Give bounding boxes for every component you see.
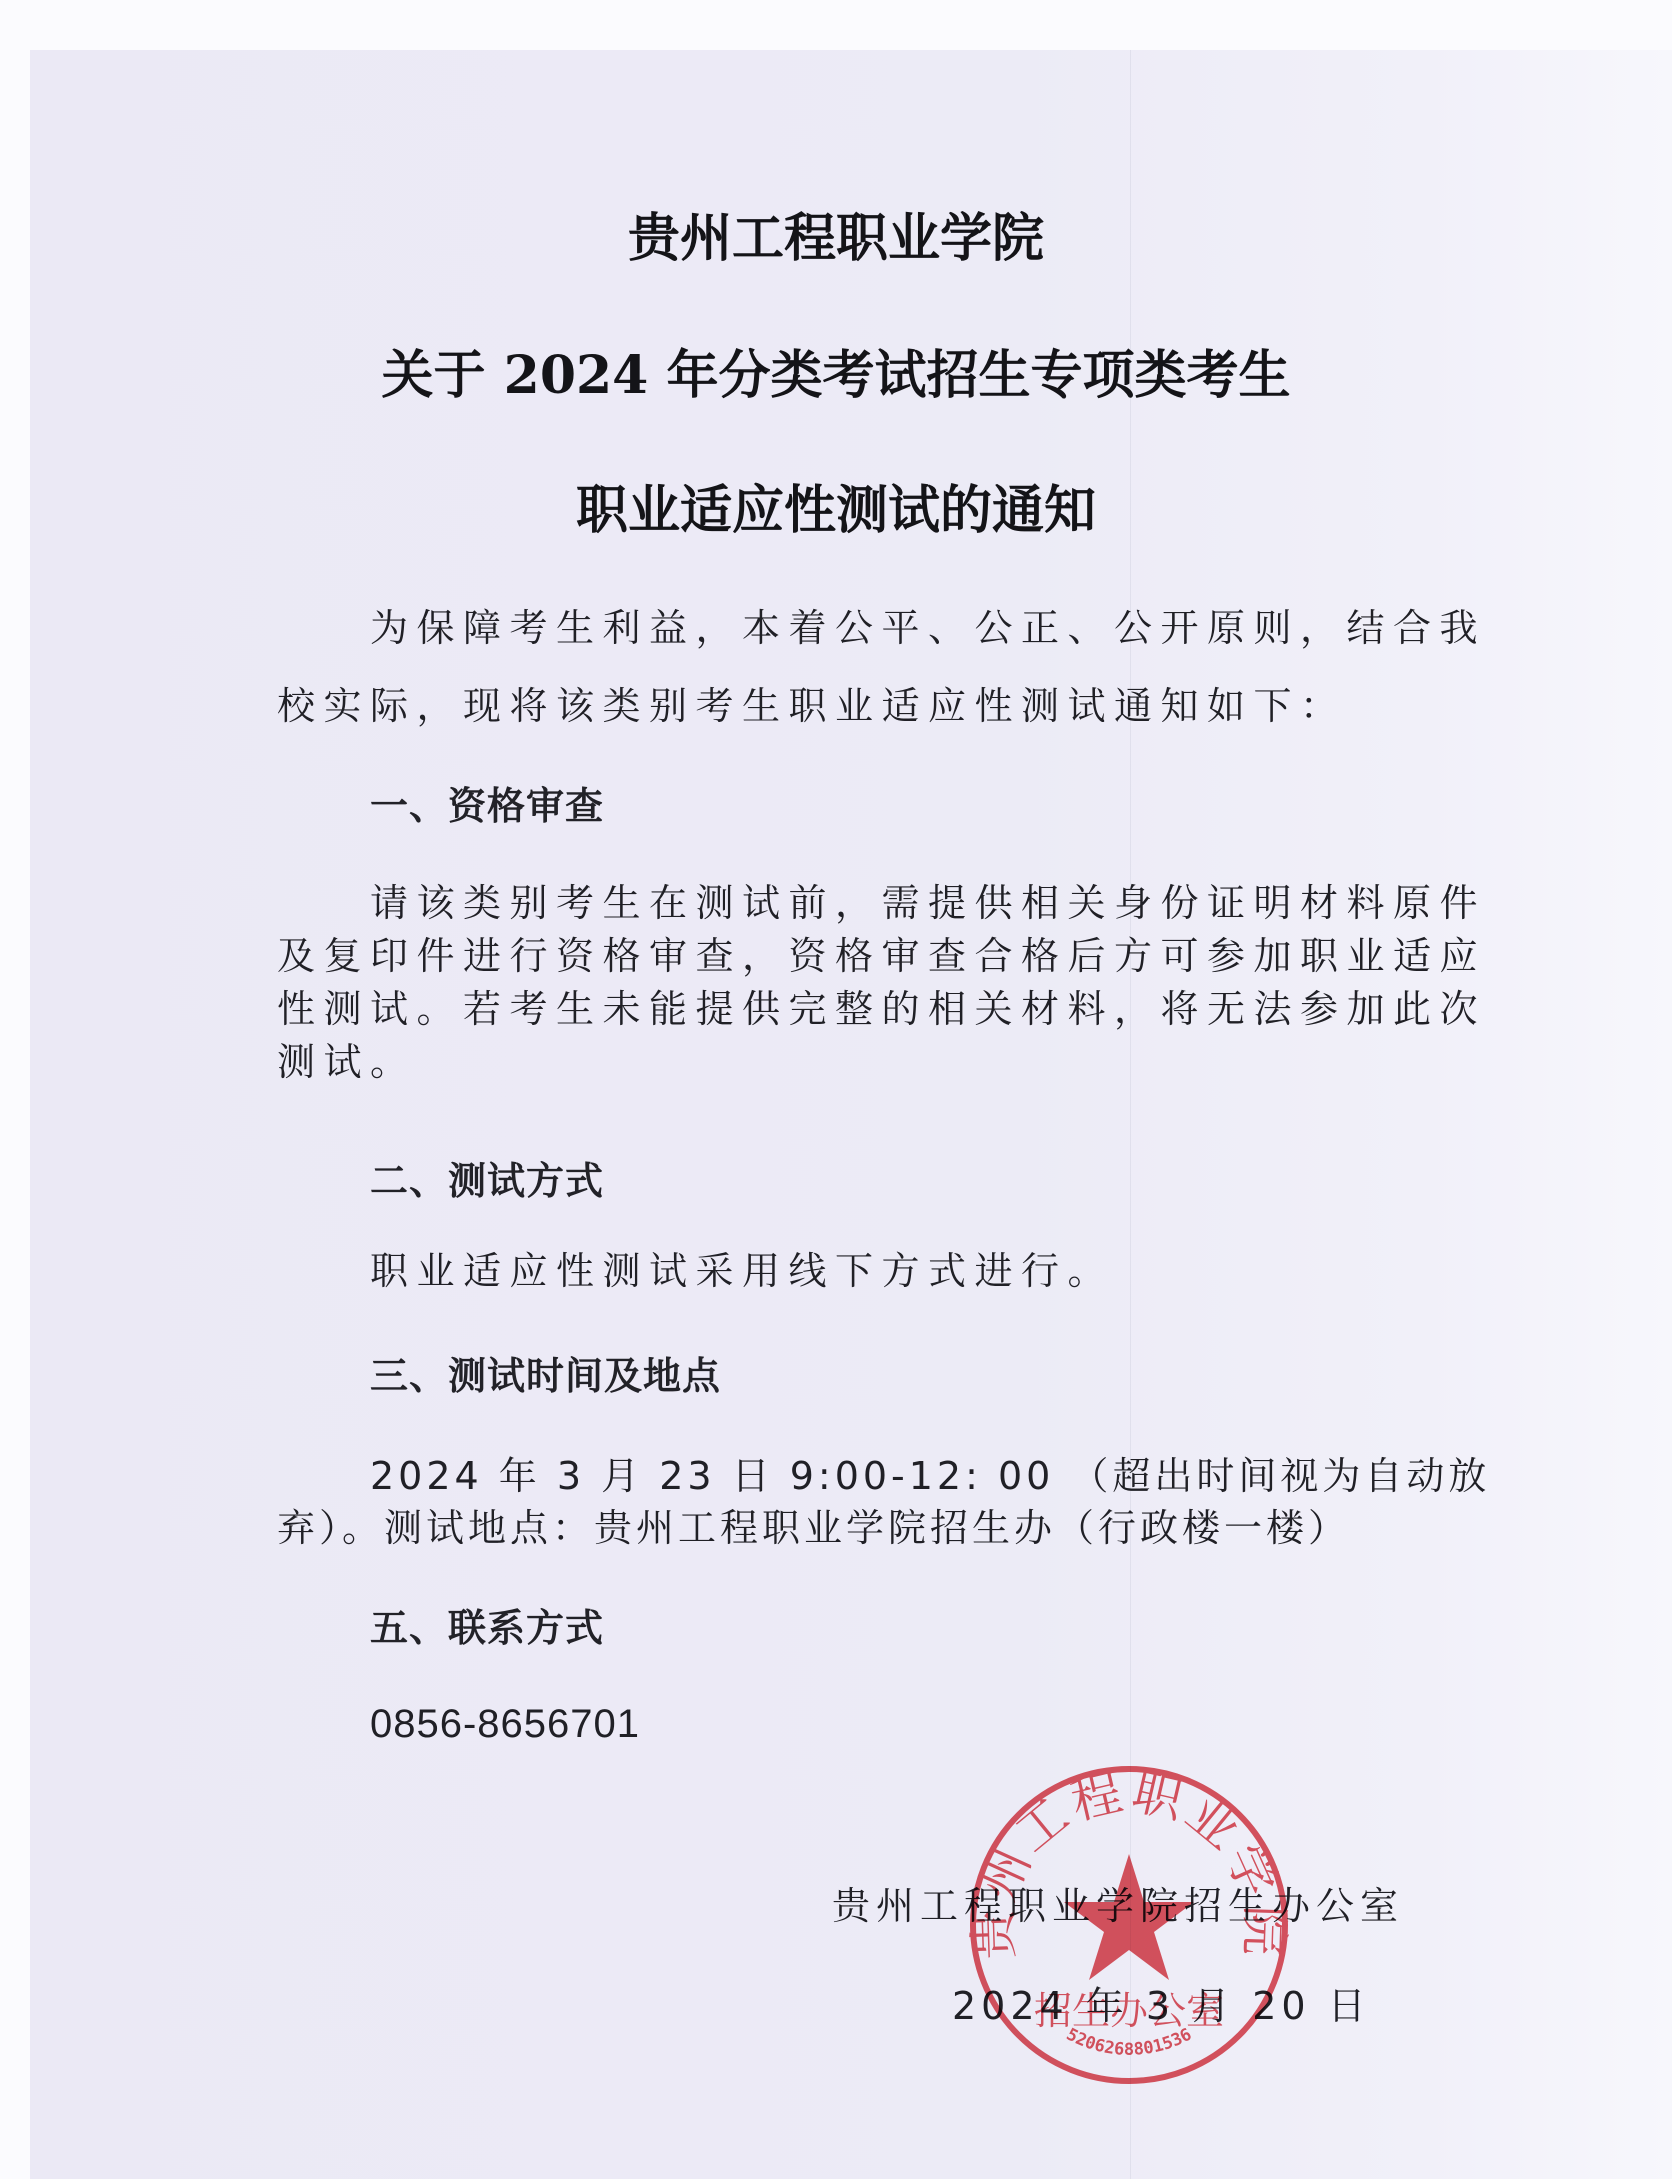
seal-star-icon [1064, 1854, 1194, 1980]
title-institution: 贵州工程职业学院 [0, 196, 1672, 271]
section-heading-test-method: 二、测试方式 [370, 1150, 604, 1205]
intro-line-2: 校实际，现将该类别考生职业适应性测试通知如下： [277, 675, 1347, 730]
section-1-line-4: 测试。 [277, 1031, 417, 1086]
section-1-line-1: 请该类别考生在测试前，需提供相关身份证明材料原件 [370, 872, 1486, 927]
section-3-line-1: 2024 年 3 月 23 日 9:00-12: 00 （超出时间视为自动放 [370, 1445, 1490, 1500]
title-notice: 职业适应性测试的通知 [0, 468, 1672, 543]
section-2-line-1: 职业适应性测试采用线下方式进行。 [370, 1240, 1114, 1295]
section-heading-contact: 五、联系方式 [370, 1597, 604, 1652]
section-heading-time-location: 三、测试时间及地点 [370, 1345, 721, 1400]
section-1-line-3: 性测试。若考生未能提供完整的相关材料，将无法参加此次 [277, 978, 1486, 1033]
section-3-line-2: 弃）。测试地点：贵州工程职业学院招生办（行政楼一楼） [277, 1497, 1350, 1552]
contact-phone: 0856-8656701 [370, 1702, 640, 1747]
section-1-line-2: 及复印件进行资格审查，资格审查合格后方可参加职业适应 [277, 925, 1486, 980]
seal-center-text: 招生办公室 [1034, 1989, 1224, 2033]
intro-line-1: 为保障考生利益，本着公平、公正、公开原则，结合我 [370, 597, 1486, 652]
section-heading-qualification: 一、资格审查 [370, 775, 604, 830]
title-subject: 关于 2024 年分类考试招生专项类考生 [0, 333, 1672, 408]
official-seal-stamp: 贵州工程职业学院 招生办公室 5206268801536 [966, 1762, 1292, 2088]
